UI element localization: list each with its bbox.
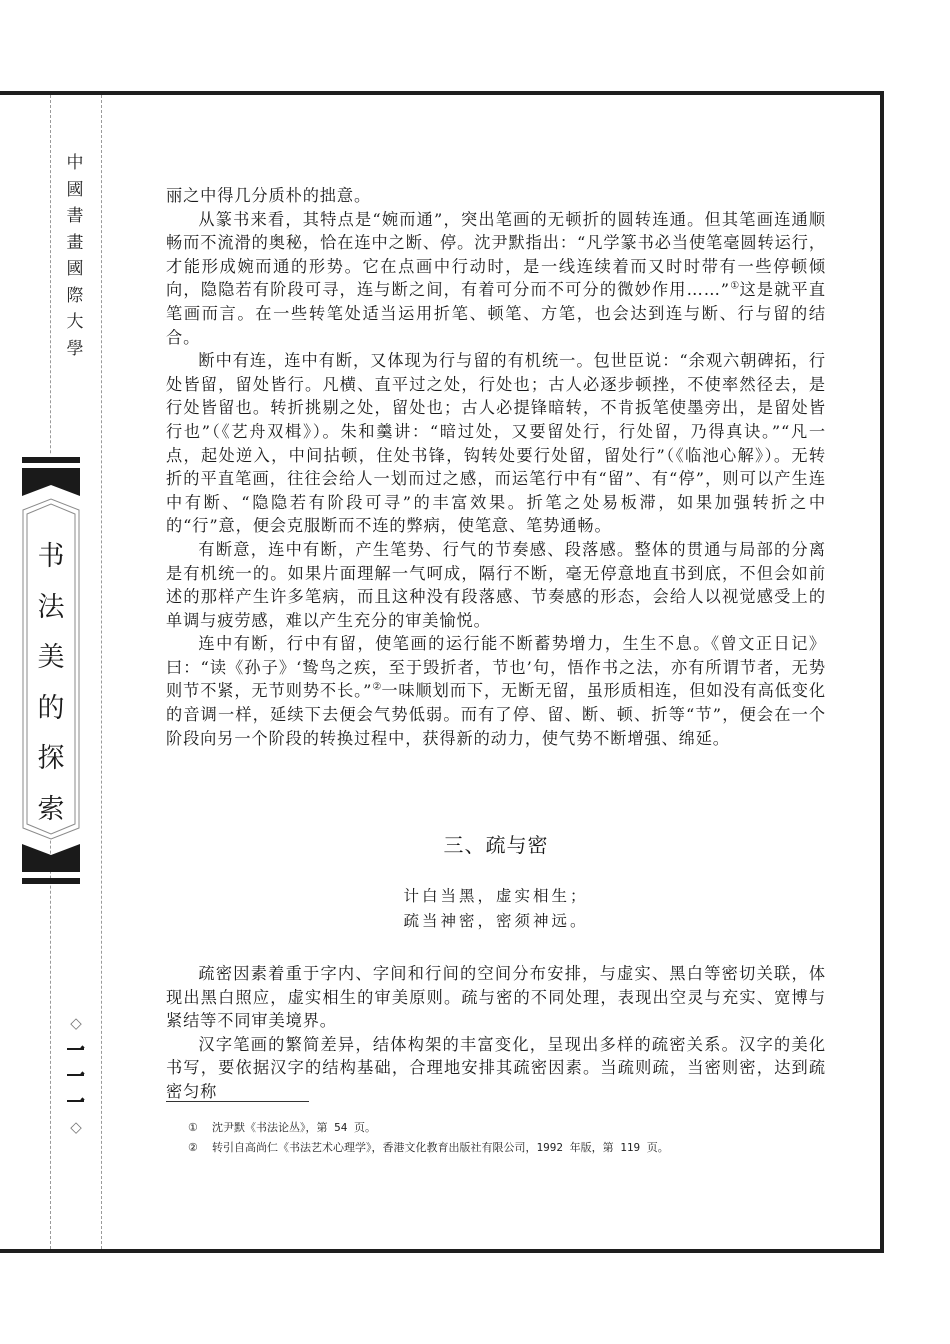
footnote-text: 转引自高尚仁《书法艺术心理学》，香港文化教育出版社有限公司，1992 年版，第 … xyxy=(212,1141,669,1154)
diamond-icon: ◇ xyxy=(62,1114,90,1140)
paragraph: 疏密因素着重于字内、字间和行间的空间分布安排，与虚实、黑白等密切关联，体现出黑白… xyxy=(166,962,826,1033)
spine-char: 國 xyxy=(62,256,88,283)
spine-char: 中 xyxy=(62,150,88,177)
paragraph-text: 疏密因素着重于字内、字间和行间的空间分布安排，与虚实、黑白等密切关联，体现出黑白… xyxy=(166,964,826,1030)
spine-title-char: 美 xyxy=(22,633,80,684)
body-text-top: 丽之中得几分质朴的拙意。 从篆书来看，其特点是“婉而通”，突出笔画的无顿折的圆转… xyxy=(166,184,826,750)
paragraph: 汉字笔画的繁简差异，结体构架的丰富变化，呈现出多样的疏密关系。汉字的美化书写，要… xyxy=(166,1033,826,1104)
spine-char: 際 xyxy=(62,283,88,310)
spine-guide-line-right xyxy=(101,95,102,1249)
spine-char: 畫 xyxy=(62,230,88,257)
page-frame-top-border xyxy=(0,91,884,95)
banner-bottom-bar xyxy=(22,878,80,884)
body-text-bottom: 疏密因素着重于字内、字间和行间的空间分布安排，与虚实、黑白等密切关联，体现出黑白… xyxy=(166,962,826,1104)
spine-char: 大 xyxy=(62,309,88,336)
paragraph: 有断意，连中有断，产生笔势、行气的节奏感、段落感。整体的贯通与局部的分离是有机统… xyxy=(166,538,826,632)
paragraph: 连中有断，行中有留，使笔画的运行能不断蓄势增力，生生不息。《曾文正日记》曰：“读… xyxy=(166,632,826,750)
banner-top-bar xyxy=(22,457,80,463)
section-heading: 三、疏与密 xyxy=(166,829,826,858)
footnote-mark: ① xyxy=(188,1118,212,1138)
spine-char: 書 xyxy=(62,203,88,230)
spine-book-title: 书 法 美 的 探 索 xyxy=(22,532,80,835)
footnote-ref[interactable]: ② xyxy=(372,682,381,693)
page-number-digit xyxy=(62,1062,90,1088)
spine-university-name: 中 國 書 畫 國 際 大 學 xyxy=(62,150,88,362)
spine-title-char: 的 xyxy=(22,684,80,735)
diamond-icon: ◇ xyxy=(62,1010,90,1036)
page-number-digit xyxy=(62,1088,90,1114)
paragraph-text: 丽之中得几分质朴的拙意。 xyxy=(166,186,371,205)
verse-line: 疏当神密，密须神远。 xyxy=(166,909,826,934)
footnote-text: 沈尹默《书法论丛》，第 54 页。 xyxy=(212,1121,376,1134)
spine-title-char: 探 xyxy=(22,734,80,785)
banner-bottom-chevron-icon xyxy=(22,842,80,872)
spine-title-char: 索 xyxy=(22,785,80,836)
verse-line: 计白当黑，虚实相生； xyxy=(166,884,826,909)
paragraph-text: 断中有连，连中有断，又体现为行与留的有机统一。包世臣说：“余观六朝碑拓，行处皆留… xyxy=(166,351,826,535)
banner-top-chevron-icon xyxy=(22,468,80,498)
page-number: ◇ ◇ xyxy=(62,1010,90,1140)
footnote-item: ①沈尹默《书法论丛》，第 54 页。 xyxy=(188,1118,669,1138)
epigraph-verse: 计白当黑，虚实相生； 疏当神密，密须神远。 xyxy=(166,884,826,934)
spine-title-char: 书 xyxy=(22,532,80,583)
paragraph-text: 从篆书来看，其特点是“婉而通”，突出笔画的无顿折的圆转连通。但其笔画连通顺畅而不… xyxy=(166,210,826,300)
page-number-digit xyxy=(62,1036,90,1062)
page-frame-right-border xyxy=(880,91,884,1253)
footnotes: ①沈尹默《书法论丛》，第 54 页。 ②转引自高尚仁《书法艺术心理学》，香港文化… xyxy=(188,1118,669,1158)
page-frame-bottom-border xyxy=(0,1249,884,1253)
footnote-separator xyxy=(166,1101,309,1102)
paragraph-text: 汉字笔画的繁简差异，结体构架的丰富变化，呈现出多样的疏密关系。汉字的美化书写，要… xyxy=(166,1035,826,1101)
paragraph-text: 有断意，连中有断，产生笔势、行气的节奏感、段落感。整体的贯通与局部的分离是有机统… xyxy=(166,540,826,630)
paragraph: 断中有连，连中有断，又体现为行与留的有机统一。包世臣说：“余观六朝碑拓，行处皆留… xyxy=(166,349,826,538)
footnote-item: ②转引自高尚仁《书法艺术心理学》，香港文化教育出版社有限公司，1992 年版，第… xyxy=(188,1138,669,1158)
footnote-mark: ② xyxy=(188,1138,212,1158)
paragraph: 从篆书来看，其特点是“婉而通”，突出笔画的无顿折的圆转连通。但其笔画连通顺畅而不… xyxy=(166,208,826,350)
paragraph: 丽之中得几分质朴的拙意。 xyxy=(166,184,826,208)
spine-char: 國 xyxy=(62,177,88,204)
spine-char: 學 xyxy=(62,336,88,363)
spine-title-char: 法 xyxy=(22,583,80,634)
